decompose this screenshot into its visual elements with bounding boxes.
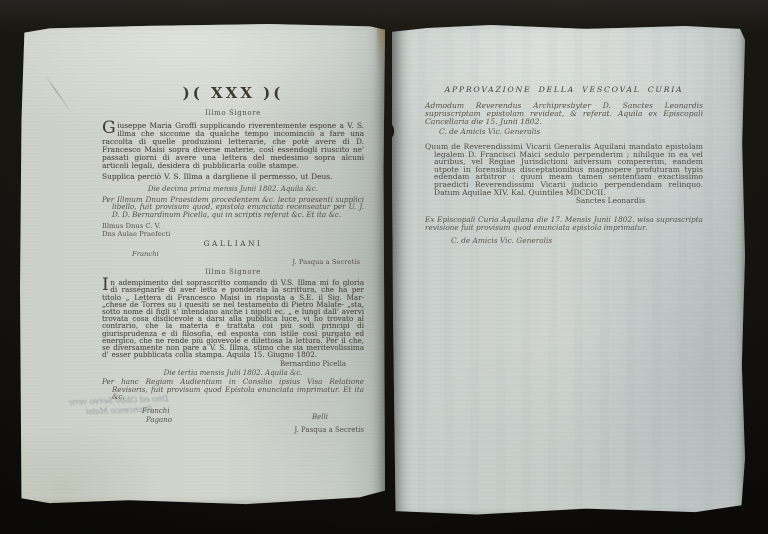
official-title-2: Dns Aulae Praefecti [102, 230, 170, 238]
right-page: APPROVAZIONE DELLA VESCOVAL CURIA Admodu… [392, 25, 745, 517]
signature-picella: Bernardino Picella [102, 360, 346, 368]
petition-paragraph: Giuseppe Maria Groffi supplicando rivere… [102, 122, 364, 171]
supplica-line: Supplica perciò V. S. Illma a dargliene … [102, 173, 364, 181]
official-title-1: Illmus Dnus C. V. [102, 222, 161, 230]
signature-belli: Belli [312, 413, 328, 421]
censor-signature: Sanctes Leonardis [425, 196, 703, 205]
officials-block: Illmus Dnus C. V. Dns Aulae Praefecti GA… [102, 222, 364, 268]
page-ornament: )( XXX )( [102, 84, 364, 102]
censor-report: Quum de Reverendissimi Vicarii Generalis… [425, 143, 703, 196]
signature-secretis: J. Pasqua a Secretis [292, 258, 360, 266]
signature-secretis-2: J. Pasqua a Secretis [294, 426, 364, 434]
document-photo: )( XXX )( Illmo Signore Giuseppe Maria G… [0, 0, 768, 534]
left-page: )( XXX )( Illmo Signore Giuseppe Maria G… [20, 24, 385, 506]
signature-franchi: Franchi [132, 250, 159, 258]
paper-crease [46, 76, 73, 114]
imprimatur-paragraph: Ex Episcopali Curia Aquilana die 17. Men… [425, 216, 703, 232]
petition-text: iuseppe Maria Groffi supplicando riveren… [102, 121, 364, 170]
signature-pagano: Pagano [146, 416, 172, 424]
vicar-signature-2: C. de Amicis Vic. Generalis [451, 236, 703, 245]
referral-paragraph: Admodum Reverendus Archipresbyter D. San… [425, 102, 703, 126]
left-text-column: )( XXX )( Illmo Signore Giuseppe Maria G… [102, 84, 364, 435]
report-paragraph: In adempimento del soprascritto comando … [102, 279, 364, 358]
salutation-2: Illmo Signore [102, 268, 364, 276]
approbation-heading: APPROVAZIONE DELLA VESCOVAL CURIA [425, 85, 703, 94]
ink-speck [389, 125, 394, 137]
date-line-1: Die decima prima mensis Junii 1802. Aqui… [102, 185, 364, 193]
salutation: Illmo Signore [102, 109, 364, 117]
page-edge-tint [377, 26, 387, 72]
drop-cap: I [102, 279, 110, 292]
report-text: n adempimento del soprascritto comando d… [102, 278, 364, 359]
right-text-column: APPROVAZIONE DELLA VESCOVAL CURIA Admodu… [425, 85, 703, 252]
decree-1: Per Illmum Dnum Praesidem procedentem &c… [102, 196, 364, 219]
drop-cap: G [102, 122, 117, 135]
vicar-signature-1: C. de Amicis Vic. Generalis [439, 127, 703, 136]
ink-speck [390, 291, 393, 297]
date-line-2: Die tertia mensis Julii 1802. Aquila &c. [102, 369, 364, 377]
official-name: GALLIANI [102, 239, 364, 248]
